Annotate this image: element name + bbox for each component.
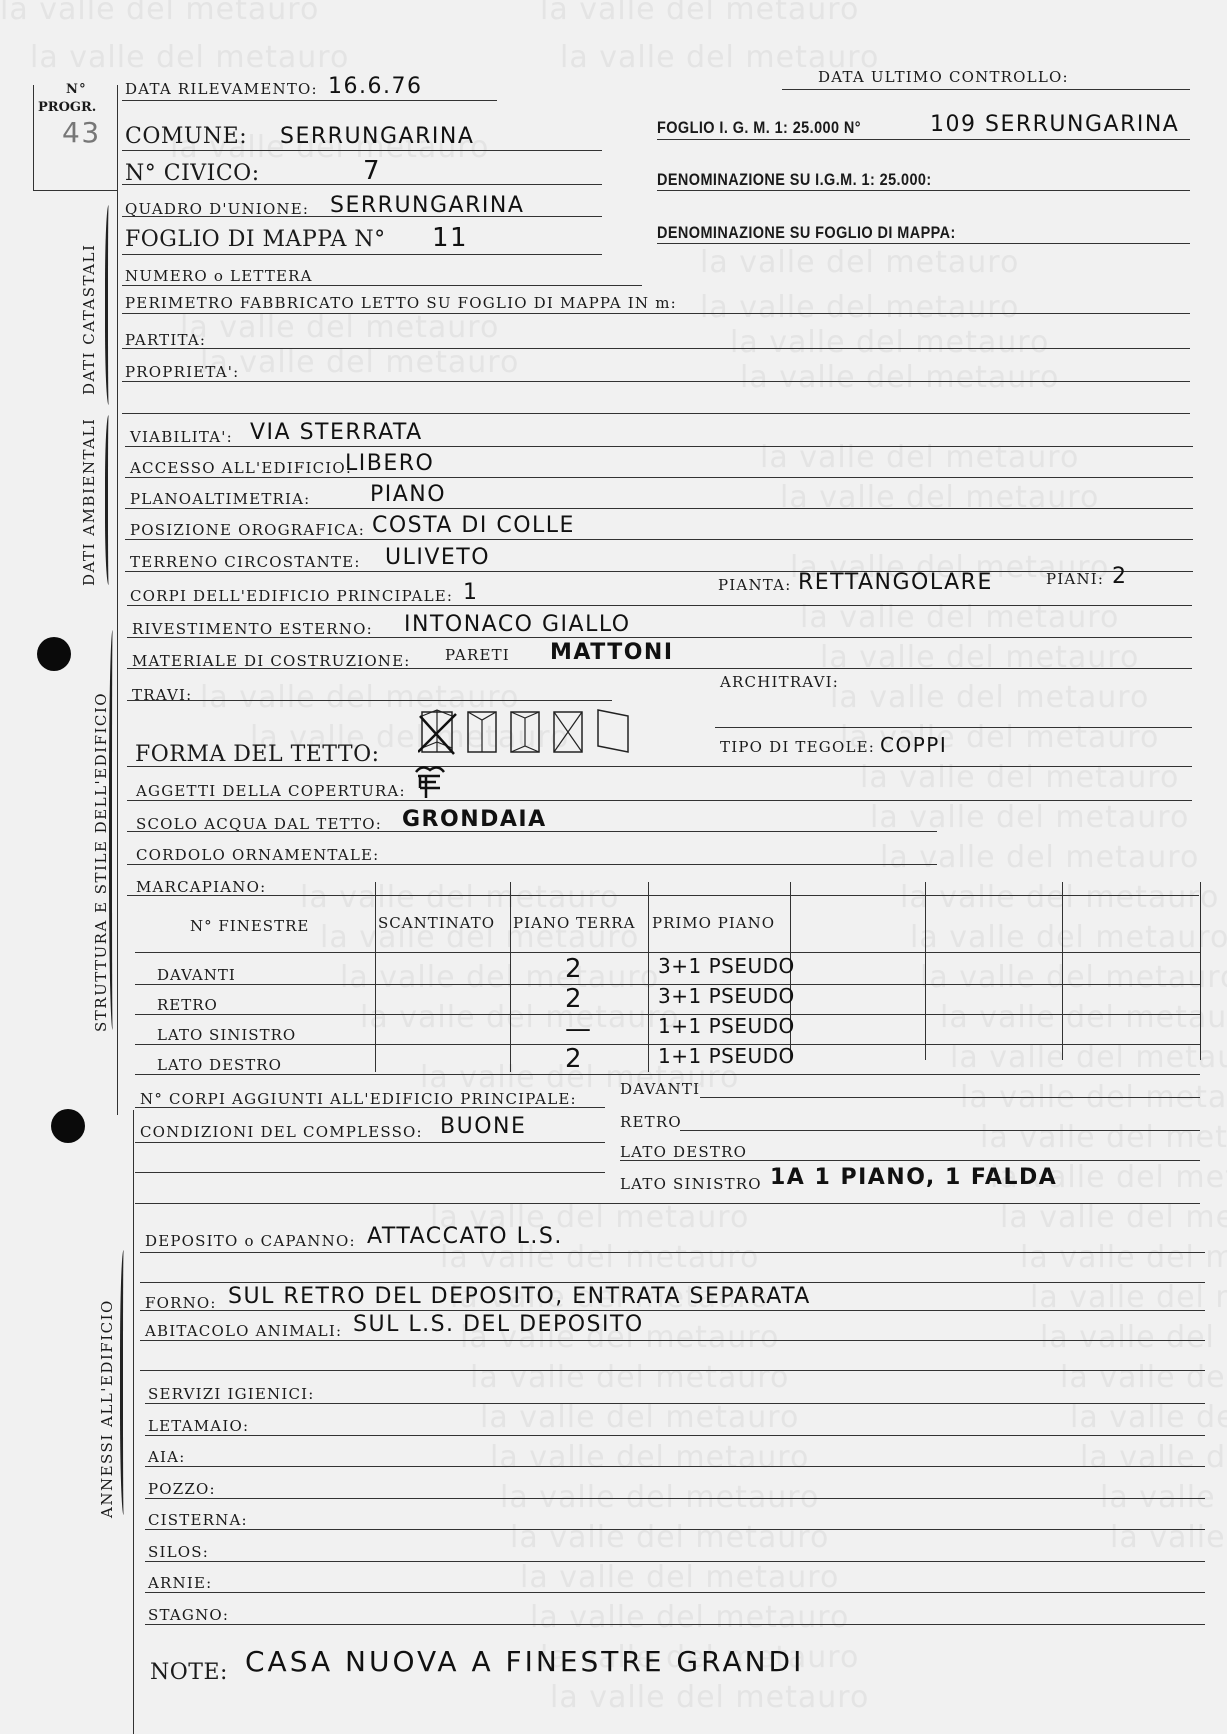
field-line bbox=[657, 190, 1190, 191]
marcapiano-label: MARCAPIANO: bbox=[136, 878, 266, 896]
watermark-text: la valle del metauro bbox=[730, 325, 1049, 360]
field-line bbox=[127, 831, 937, 832]
watermark-text: la valle del metauro bbox=[30, 40, 349, 75]
watermark-text: la valle del metauro bbox=[950, 1040, 1227, 1075]
condizioni-value[interactable]: BUONE bbox=[440, 1114, 526, 1139]
corpi-lato-sinistro-value[interactable]: 1A 1 PIANO, 1 FALDA bbox=[770, 1165, 1057, 1190]
annessi-label: ARNIE: bbox=[148, 1574, 212, 1592]
section-brace bbox=[105, 415, 114, 585]
field-line bbox=[135, 1107, 605, 1108]
scolo-value[interactable]: GRONDAIA bbox=[402, 807, 547, 832]
progr-label: PROGR. bbox=[38, 100, 96, 115]
table-row-label: RETRO bbox=[157, 996, 218, 1014]
field-line bbox=[122, 285, 642, 286]
ambientali-label: VIABILITA': bbox=[130, 428, 233, 446]
travi-label: TRAVI: bbox=[132, 686, 192, 704]
corpi-davanti-label: DAVANTI bbox=[620, 1080, 700, 1098]
piani-value[interactable]: 2 bbox=[1112, 564, 1128, 589]
watermark-text: la valle del metauro bbox=[740, 360, 1059, 395]
ambientali-value[interactable]: COSTA DI COLLE bbox=[372, 513, 575, 538]
comune-value[interactable]: SERRUNGARINA bbox=[280, 124, 474, 149]
field-line bbox=[127, 637, 1192, 638]
annessi-label: STAGNO: bbox=[148, 1606, 229, 1624]
field-line bbox=[125, 539, 1193, 540]
annessi-label: SERVIZI IGIENICI: bbox=[148, 1385, 315, 1403]
watermark-text: la valle del metauro bbox=[830, 680, 1149, 715]
roof-option-padiglione[interactable] bbox=[418, 710, 456, 754]
field-line bbox=[125, 571, 1193, 572]
deposito-label: DEPOSITO o CAPANNO: bbox=[145, 1232, 356, 1250]
watermark-text: la valle del metauro bbox=[360, 1000, 679, 1035]
corpi-aggiunti-label: N° CORPI AGGIUNTI ALL'EDIFICIO PRINCIPAL… bbox=[140, 1090, 577, 1108]
watermark-text: la valle del metauro bbox=[1080, 1440, 1227, 1475]
field-line bbox=[145, 1592, 1205, 1593]
watermark-text: la valle del metauro bbox=[490, 1440, 809, 1475]
foglio-mappa-label: FOGLIO DI MAPPA N° bbox=[125, 227, 386, 252]
watermark-text: la valle del metauro bbox=[0, 0, 319, 27]
table-header: N° FINESTRE bbox=[190, 917, 309, 935]
forno-value[interactable]: SUL RETRO DEL DEPOSITO, ENTRATA SEPARATA bbox=[228, 1284, 811, 1309]
punch-hole bbox=[37, 637, 71, 671]
field-line bbox=[122, 254, 602, 255]
table-cell-primo-piano[interactable]: 1+1 PSEUDO bbox=[658, 1044, 795, 1068]
field-line bbox=[125, 477, 1193, 478]
rivestimento-value[interactable]: INTONACO GIALLO bbox=[404, 612, 631, 637]
note-label: NOTE: bbox=[150, 1660, 228, 1685]
table-column-divider bbox=[1200, 882, 1201, 1060]
field-line bbox=[127, 864, 937, 865]
section-brace bbox=[109, 630, 118, 1030]
denominazione-mappa-label: DENOMINAZIONE SU FOGLIO DI MAPPA: bbox=[657, 223, 956, 243]
form-sheet: la valle del metaurola valle del metauro… bbox=[0, 0, 1227, 1734]
field-line bbox=[125, 508, 1193, 509]
watermark-text: la valle del metauro bbox=[200, 345, 519, 380]
watermark-text: la valle del metauro bbox=[480, 1400, 799, 1435]
field-line bbox=[140, 1310, 1205, 1311]
corpi-lato-sinistro-label: LATO SINISTRO bbox=[620, 1175, 762, 1193]
denominazione-igm-label: DENOMINAZIONE SU I.G.M. 1: 25.000: bbox=[657, 170, 932, 190]
field-line bbox=[135, 1142, 605, 1143]
annessi-label: SILOS: bbox=[148, 1543, 209, 1561]
field-line bbox=[127, 895, 1199, 896]
field-line bbox=[122, 184, 602, 185]
watermark-text: la valle del metauro bbox=[1060, 1360, 1227, 1395]
field-line bbox=[140, 1370, 1205, 1371]
table-cell-piano-terra[interactable]: 2 bbox=[565, 1044, 583, 1074]
watermark-text: la valle del metauro bbox=[880, 840, 1199, 875]
table-cell-primo-piano[interactable]: 1+1 PSEUDO bbox=[658, 1014, 795, 1038]
field-line bbox=[122, 313, 1190, 314]
table-header: SCANTINATO bbox=[378, 914, 495, 932]
watermark-text: la valle del metauro bbox=[550, 1680, 869, 1715]
watermark-text: la valle del metauro bbox=[940, 1000, 1227, 1035]
rivestimento-label: RIVESTIMENTO ESTERNO: bbox=[132, 620, 373, 638]
comune-label: COMUNE: bbox=[125, 124, 247, 149]
punch-hole bbox=[51, 1109, 85, 1143]
forma-tetto-label: FORMA DEL TETTO: bbox=[135, 742, 380, 767]
ambientali-label: POSIZIONE OROGRAFICA: bbox=[130, 521, 365, 539]
watermark-text: la valle del metauro bbox=[820, 640, 1139, 675]
ambientali-value[interactable]: PIANO bbox=[370, 482, 446, 507]
ambientali-label: TERRENO CIRCOSTANTE: bbox=[130, 553, 361, 571]
civico-label: N° CIVICO: bbox=[125, 161, 260, 186]
corpi-retro-label: RETRO bbox=[620, 1113, 682, 1131]
field-line bbox=[145, 1435, 1205, 1436]
field-line bbox=[122, 381, 1190, 382]
table-row-line bbox=[135, 1074, 1200, 1075]
table-header: PRIMO PIANO bbox=[652, 914, 775, 932]
cornice-sketch-icon bbox=[410, 762, 450, 802]
section-label-annessi: ANNESSI ALL'EDIFICIO bbox=[98, 1299, 116, 1518]
field-line bbox=[122, 413, 1190, 414]
data-ultimo-controllo-label: DATA ULTIMO CONTROLLO: bbox=[818, 68, 1069, 86]
field-line bbox=[127, 668, 1192, 669]
ambientali-value[interactable]: VIA STERRATA bbox=[250, 420, 423, 445]
roof-options bbox=[418, 708, 633, 756]
field-line bbox=[145, 1403, 1205, 1404]
field-line bbox=[145, 1561, 1205, 1562]
corpi-lato-destro-label: LATO DESTRO bbox=[620, 1143, 747, 1161]
roof-option-capanna-gronda[interactable] bbox=[511, 712, 539, 752]
field-line bbox=[140, 1282, 1205, 1283]
field-line bbox=[145, 1529, 1205, 1530]
foglio-mappa-value[interactable]: 11 bbox=[432, 223, 468, 253]
ambientali-value[interactable]: ULIVETO bbox=[385, 545, 490, 570]
field-line bbox=[135, 1203, 1200, 1204]
data-rilevamento-label: DATA RILEVAMENTO: bbox=[125, 80, 318, 98]
field-line bbox=[680, 1130, 1200, 1131]
watermark-text: la valle del metauro bbox=[1070, 1400, 1227, 1435]
table-row-label: LATO SINISTRO bbox=[157, 1026, 296, 1044]
roof-option-padiglione-semplice[interactable] bbox=[554, 712, 582, 752]
section-label-dati-catastali: DATI CATASTALI bbox=[80, 244, 98, 395]
watermark-text: la valle del metauro bbox=[1020, 1240, 1227, 1275]
perimetro-label: PERIMETRO FABBRICATO LETTO SU FOGLIO DI … bbox=[125, 294, 677, 312]
cordolo-label: CORDOLO ORNAMENTALE: bbox=[136, 846, 379, 864]
annessi-label: POZZO: bbox=[148, 1480, 216, 1498]
architravi-label: ARCHITRAVI: bbox=[720, 673, 839, 691]
field-line bbox=[122, 150, 602, 151]
field-line bbox=[140, 1340, 1205, 1341]
progr-label: N° bbox=[66, 82, 87, 97]
field-line bbox=[145, 1624, 1205, 1625]
quadro-value[interactable]: SERRUNGARINA bbox=[330, 193, 524, 218]
field-line bbox=[620, 1160, 1200, 1161]
piani-label: PIANI: bbox=[1046, 570, 1104, 588]
field-line bbox=[125, 446, 1193, 447]
foglio-igm-label: FOGLIO I. G. M. 1: 25.000 N° bbox=[657, 118, 861, 138]
section-brace bbox=[105, 205, 114, 405]
field-line bbox=[122, 100, 497, 101]
partita-label: PARTITA: bbox=[125, 331, 206, 349]
watermark-text: la valle del metauro bbox=[470, 1360, 789, 1395]
progr-value[interactable]: 43 bbox=[62, 116, 101, 149]
field-line bbox=[127, 766, 1192, 767]
field-line bbox=[127, 605, 1192, 606]
roof-option-capanna-testata[interactable] bbox=[468, 712, 496, 752]
watermark-text: la valle del metauro bbox=[700, 245, 1019, 280]
watermark-text: la valle del metauro bbox=[510, 1520, 829, 1555]
table-cell-piano-terra[interactable]: — bbox=[565, 1014, 593, 1044]
materiale-sub-label: PARETI bbox=[445, 646, 510, 664]
left-border bbox=[133, 1110, 134, 1734]
foglio-igm-value[interactable]: 109 SERRUNGARINA bbox=[930, 112, 1179, 137]
note-value[interactable]: CASA NUOVA A FINESTRE GRANDI bbox=[245, 1645, 804, 1678]
watermark-text: la valle del metauro bbox=[900, 880, 1219, 915]
section-label-dati-ambientali: DATI AMBIENTALI bbox=[80, 418, 98, 586]
civico-value[interactable]: 7 bbox=[363, 156, 381, 186]
field-line bbox=[140, 1252, 1205, 1253]
progr-box-border bbox=[33, 85, 34, 190]
watermark-text: la valle del metauro bbox=[1000, 1200, 1227, 1235]
field-line bbox=[145, 1498, 1205, 1499]
pianta-value[interactable]: RETTANGOLARE bbox=[798, 570, 993, 595]
abitacolo-value[interactable]: SUL L.S. DEL DEPOSITO bbox=[353, 1312, 644, 1337]
watermark-text: la valle del metauro bbox=[870, 800, 1189, 835]
tipo-tegole-label: TIPO DI TEGOLE: bbox=[720, 738, 875, 756]
annessi-label: AIA: bbox=[148, 1448, 185, 1466]
ambientali-label: ACCESSO ALL'EDIFICIO: bbox=[130, 459, 352, 477]
numero-label: NUMERO o LETTERA bbox=[125, 267, 313, 285]
table-cell-piano-terra[interactable]: 2 bbox=[565, 984, 583, 1014]
field-line bbox=[657, 139, 1190, 140]
annessi-label: CISTERNA: bbox=[148, 1511, 248, 1529]
field-line bbox=[782, 89, 1190, 90]
field-line bbox=[122, 348, 1190, 349]
field-line bbox=[715, 727, 1192, 728]
table-row-label: DAVANTI bbox=[157, 966, 236, 984]
aggetti-label: AGGETTI DELLA COPERTURA: bbox=[136, 782, 406, 800]
field-line bbox=[657, 243, 1190, 244]
watermark-text: la valle del metauro bbox=[340, 960, 659, 995]
section-label-struttura: STRUTTURA E STILE DELL'EDIFICIO bbox=[92, 692, 110, 1032]
corpi-label: CORPI DELL'EDIFICIO PRINCIPALE: bbox=[130, 587, 453, 605]
watermark-text: la valle del metauro bbox=[780, 480, 1099, 515]
watermark-text: la valle del metauro bbox=[300, 880, 619, 915]
watermark-text: la valle del metauro bbox=[1110, 1520, 1227, 1555]
table-header-line bbox=[135, 952, 1200, 953]
materiale-value[interactable]: MATTONI bbox=[550, 640, 674, 665]
field-line bbox=[127, 800, 1192, 801]
table-header: PIANO TERRA bbox=[513, 914, 635, 932]
abitacolo-label: ABITACOLO ANIMALI: bbox=[145, 1322, 342, 1340]
table-cell-primo-piano[interactable]: 3+1 PSEUDO bbox=[658, 984, 795, 1008]
watermark-text: la valle del metauro bbox=[540, 0, 859, 27]
roof-option-falda-unica[interactable] bbox=[598, 710, 628, 752]
watermark-text: la valle del metauro bbox=[700, 290, 1019, 325]
field-line bbox=[127, 700, 612, 701]
table-row-label: LATO DESTRO bbox=[157, 1056, 282, 1074]
watermark-text: la valle del metauro bbox=[520, 1560, 839, 1595]
ambientali-label: PLANOALTIMETRIA: bbox=[130, 490, 310, 508]
table-cell-piano-terra[interactable]: 2 bbox=[565, 954, 583, 984]
table-column-divider bbox=[1062, 882, 1063, 1060]
progr-box-border bbox=[33, 190, 117, 191]
proprieta-label: PROPRIETA': bbox=[125, 363, 239, 381]
condizioni-label: CONDIZIONI DEL COMPLESSO: bbox=[140, 1123, 423, 1141]
ambientali-value[interactable]: LIBERO bbox=[345, 451, 434, 476]
watermark-text: la valle del metauro bbox=[1040, 1320, 1227, 1355]
watermark-text: la valle del metauro bbox=[980, 1120, 1227, 1155]
field-line bbox=[145, 1466, 1205, 1467]
field-line bbox=[135, 1172, 605, 1173]
watermark-text: la valle del metauro bbox=[920, 960, 1227, 995]
corpi-value[interactable]: 1 bbox=[463, 580, 479, 605]
pianta-label: PIANTA: bbox=[718, 576, 791, 594]
table-column-divider bbox=[925, 882, 926, 1060]
annessi-label: LETAMAIO: bbox=[148, 1417, 249, 1435]
data-rilevamento-value[interactable]: 16.6.76 bbox=[328, 74, 422, 99]
watermark-text: la valle del metauro bbox=[180, 310, 499, 345]
tipo-tegole-value[interactable]: COPPI bbox=[880, 733, 947, 757]
watermark-text: la valle del metauro bbox=[910, 920, 1227, 955]
field-line bbox=[700, 1097, 1200, 1098]
table-cell-primo-piano[interactable]: 3+1 PSEUDO bbox=[658, 954, 795, 978]
field-line bbox=[122, 216, 602, 217]
section-brace bbox=[120, 1250, 129, 1515]
watermark-text: la valle del metauro bbox=[530, 1600, 849, 1635]
deposito-value[interactable]: ATTACCATO L.S. bbox=[367, 1224, 563, 1249]
